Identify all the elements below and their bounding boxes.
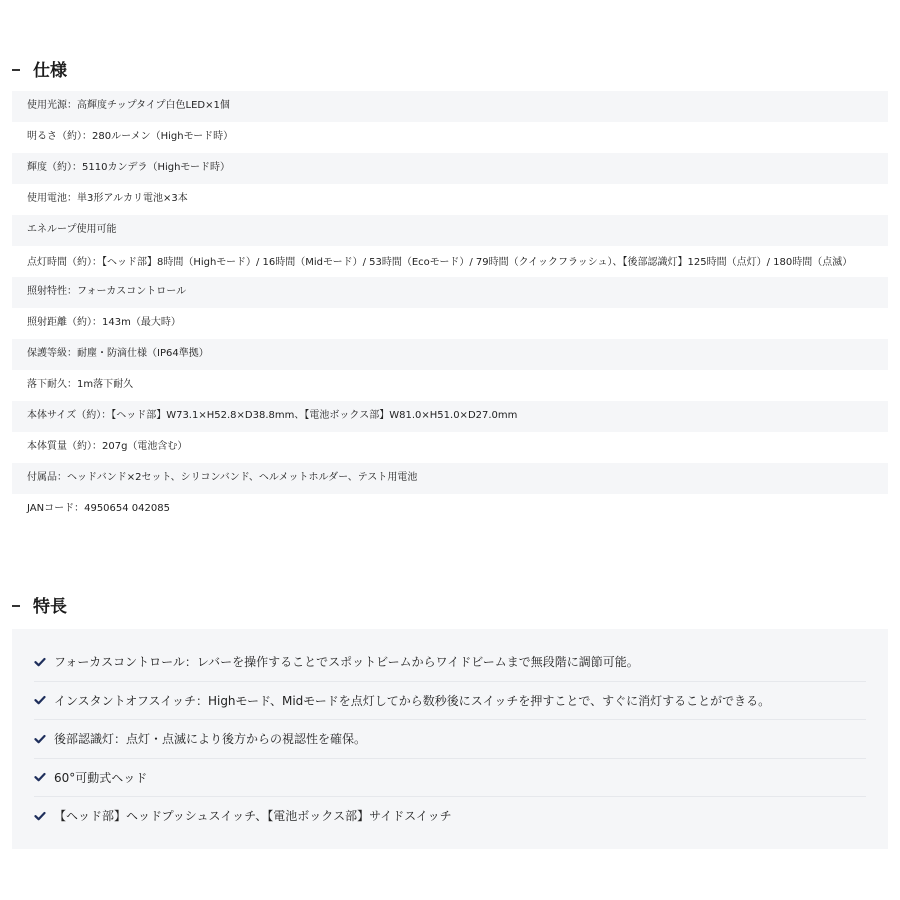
spec-row: 本体質量（約）：207g（電池含む） xyxy=(12,432,888,463)
check-icon xyxy=(34,810,46,822)
dash-icon xyxy=(12,69,20,71)
features-section-heading: 特長 xyxy=(12,592,67,617)
spec-row: 本体サイズ（約）：【ヘッド部】W73.1×H52.8×D38.8mm、【電池ボッ… xyxy=(12,401,888,432)
spec-heading-label: 仕様 xyxy=(33,56,67,81)
spec-row: 使用光源：高輝度チップタイプ白色LED×1個 xyxy=(12,91,888,122)
feature-text: インスタントオフスイッチ：Highモード、Midモードを点灯してから数秒後にスイ… xyxy=(54,692,770,709)
spec-section-heading: 仕様 xyxy=(12,56,67,81)
feature-item: インスタントオフスイッチ：Highモード、Midモードを点灯してから数秒後にスイ… xyxy=(34,682,866,721)
feature-item: フォーカスコントロール：レバーを操作することでスポットビームからワイドビームまで… xyxy=(34,643,866,682)
spec-row: 使用電池：単3形アルカリ電池×3本 xyxy=(12,184,888,215)
feature-item: 後部認識灯：点灯・点滅により後方からの視認性を確保。 xyxy=(34,720,866,759)
check-icon xyxy=(34,694,46,706)
spec-row: 輝度（約）：5110カンデラ（Highモード時） xyxy=(12,153,888,184)
features-heading-label: 特長 xyxy=(33,592,67,617)
features-list: フォーカスコントロール：レバーを操作することでスポットビームからワイドビームまで… xyxy=(12,629,888,849)
dash-icon xyxy=(12,605,20,607)
spec-row: 保護等級：耐塵・防滴仕様（IP64準拠） xyxy=(12,339,888,370)
feature-item: 【ヘッド部】ヘッドプッシュスイッチ、【電池ボックス部】サイドスイッチ xyxy=(34,797,866,835)
spec-row: 照射特性：フォーカスコントロール xyxy=(12,277,888,308)
spec-row: JANコード：4950654 042085 xyxy=(12,494,888,525)
spec-table: 使用光源：高輝度チップタイプ白色LED×1個 明るさ（約）：280ルーメン（Hi… xyxy=(12,91,888,525)
check-icon xyxy=(34,771,46,783)
spec-row: 落下耐久：1m落下耐久 xyxy=(12,370,888,401)
spec-row: 明るさ（約）：280ルーメン（Highモード時） xyxy=(12,122,888,153)
spec-row: 照射距離（約）：143m（最大時） xyxy=(12,308,888,339)
feature-text: フォーカスコントロール：レバーを操作することでスポットビームからワイドビームまで… xyxy=(54,653,639,670)
spec-row: 点灯時間（約）：【ヘッド部】8時間（Highモード）/ 16時間（Midモード）… xyxy=(12,246,888,277)
feature-text: 後部認識灯：点灯・点滅により後方からの視認性を確保。 xyxy=(54,730,366,747)
check-icon xyxy=(34,656,46,668)
spec-row: エネループ使用可能 xyxy=(12,215,888,246)
feature-text: 60°可動式ヘッド xyxy=(54,769,147,786)
spec-row: 付属品：ヘッドバンド×2セット、シリコンバンド、ヘルメットホルダー、テスト用電池 xyxy=(12,463,888,494)
check-icon xyxy=(34,733,46,745)
feature-item: 60°可動式ヘッド xyxy=(34,759,866,798)
feature-text: 【ヘッド部】ヘッドプッシュスイッチ、【電池ボックス部】サイドスイッチ xyxy=(54,807,452,824)
